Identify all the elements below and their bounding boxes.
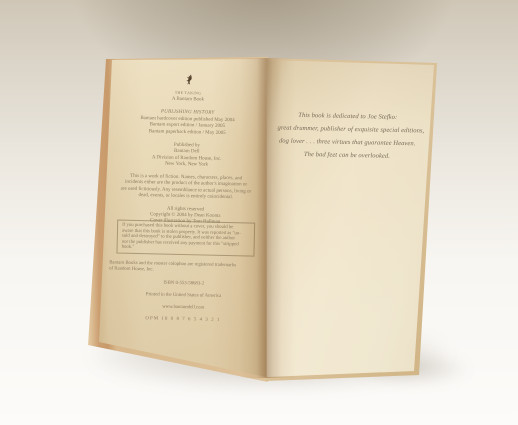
trademark-notice: Bantam Books and the rooster colophon ar… — [109, 260, 259, 275]
fiction-disclaimer: This is a work of fiction. Names, charac… — [115, 173, 258, 202]
bantam-rooster-icon — [117, 71, 259, 92]
dedication-text: This book is dedicated to Joe Stefko: gr… — [277, 108, 418, 163]
stripped-book-notice-box: If you purchased this book without a cov… — [116, 220, 255, 257]
printed-in-line: Printed in the United States of America — [112, 291, 254, 300]
printing-number-line: OPM 10 9 8 7 6 5 4 3 2 1 — [112, 315, 254, 324]
copyright-page-content: THE TAKING A Bantam Book PUBLISHING HIST… — [93, 56, 269, 380]
dedication-page-content: This book is dedicated to Joe Stefko: gr… — [261, 56, 440, 382]
publishing-history: Bantam hardcover edition published May 2… — [116, 115, 258, 138]
publisher-website: www.bantamdell.com — [112, 303, 254, 312]
photo-scene: THE TAKING A Bantam Book PUBLISHING HIST… — [0, 0, 518, 425]
publisher-block: Published by Bantam Dell A Division of R… — [115, 142, 258, 171]
isbn-line: ISBN 0-553-58683-2 — [113, 279, 255, 288]
